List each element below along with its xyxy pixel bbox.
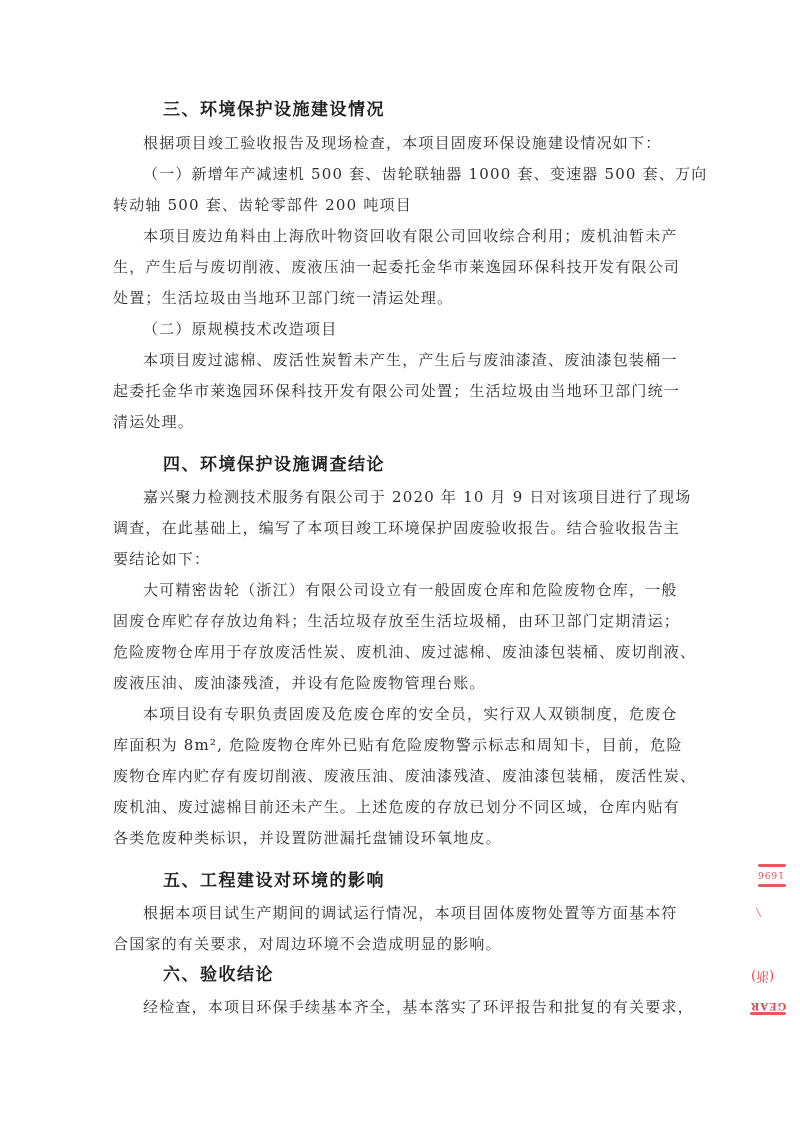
seal-stroke bbox=[758, 864, 786, 867]
text-line: 库面积为 8m², 危险废物仓库外已贴有危险废物警示标志和周知卡，目前，危险 bbox=[113, 730, 693, 761]
text-line: 废液压油、废油漆残渣，并设有危险废物管理台账。 bbox=[113, 668, 693, 699]
text-line: 废机油、废过滤棉目前还未产生。上述危废的存放已划分不同区域，仓库内贴有 bbox=[113, 792, 693, 823]
text-line: 危险废物仓库用于存放废活性炭、废机油、废过滤棉、废油漆包装桶、废切削液、 bbox=[113, 637, 693, 668]
text-line: 清运处理。 bbox=[113, 407, 693, 438]
text-line: 嘉兴聚力检测技术服务有限公司于 2020 年 10 月 9 日对该项目进行了现场 bbox=[113, 482, 693, 513]
section-3-body: 根据项目竣工验收报告及现场检查，本项目固废环保设施建设情况如下： （一）新增年产… bbox=[113, 128, 693, 438]
text-line: 调查，在此基础上，编写了本项目竣工环境保护固废验收报告。结合验收报告主 bbox=[113, 513, 693, 544]
text-line: 各类危废种类标识，并设置防泄漏托盘铺设环氧地皮。 bbox=[113, 823, 693, 854]
text-line: 本项目废过滤棉、废活性炭暂未产生，产生后与废油漆渣、废油漆包装桶一 bbox=[113, 345, 693, 376]
seal-top-text: 1696 bbox=[757, 869, 784, 879]
text-line: 处置；生活垃圾由当地环卫部门统一清运处理。 bbox=[113, 283, 693, 314]
section-5-body: 根据本项目试生产期间的调试运行情况，本项目固体废物处置等方面基本符 合国家的有关… bbox=[113, 898, 693, 960]
seal-chars: (浙) bbox=[751, 968, 774, 987]
seal-stroke bbox=[750, 1012, 786, 1015]
section-heading-4: 四、环境保护设施调查结论 bbox=[163, 450, 385, 475]
text-line: 根据本项目试生产期间的调试运行情况，本项目固体废物处置等方面基本符 bbox=[113, 898, 693, 929]
text-line: 起委托金华市莱逸园环保科技开发有限公司处置；生活垃圾由当地环卫部门统一 bbox=[113, 376, 693, 407]
text-line: 合国家的有关要求，对周边环境不会造成明显的影响。 bbox=[113, 929, 693, 960]
text-line: （二）原规模技术改造项目 bbox=[113, 314, 693, 345]
seal-bottom-text: GEAR bbox=[750, 1000, 786, 1011]
seal-stroke bbox=[758, 884, 786, 887]
text-line: 要结论如下： bbox=[113, 544, 693, 575]
section-4-body: 嘉兴聚力检测技术服务有限公司于 2020 年 10 月 9 日对该项目进行了现场… bbox=[113, 482, 693, 854]
text-line: 根据项目竣工验收报告及现场检查，本项目固废环保设施建设情况如下： bbox=[113, 128, 693, 159]
text-line: 大可精密齿轮（浙江）有限公司设立有一般固废仓库和危险废物仓库，一般 bbox=[113, 575, 693, 606]
text-line: 固废仓库贮存存放边角料；生活垃圾存放至生活垃圾桶，由环卫部门定期清运； bbox=[113, 606, 693, 637]
section-6-body: 经检查，本项目环保手续基本齐全，基本落实了环评报告和批复的有关要求， bbox=[113, 992, 693, 1023]
text-line: 本项目废边角料由上海欣叶物资回收有限公司回收综合利用；废机油暂未产 bbox=[113, 221, 693, 252]
text-line: 本项目设有专职负责固废及危废仓库的安全员，实行双人双锁制度，危废仓 bbox=[113, 699, 693, 730]
text-line: 废物仓库内贮存有废切削液、废液压油、废油漆残渣、废油漆包装桶，废活性炭、 bbox=[113, 761, 693, 792]
section-heading-5: 五、工程建设对环境的影响 bbox=[163, 866, 385, 891]
document-page: 三、环境保护设施建设情况 根据项目竣工验收报告及现场检查，本项目固废环保设施建设… bbox=[0, 0, 800, 1131]
text-line: 转动轴 500 套、齿轮零部件 200 吨项目 bbox=[113, 190, 693, 221]
text-line: 生，产生后与废切削液、废液压油一起委托金华市莱逸园环保科技开发有限公司 bbox=[113, 252, 693, 283]
section-heading-3: 三、环境保护设施建设情况 bbox=[163, 95, 385, 120]
text-line: （一）新增年产减速机 500 套、齿轮联轴器 1000 套、变速器 500 套、… bbox=[113, 159, 693, 190]
seal-mark: ╲ bbox=[756, 908, 761, 917]
text-line: 经检查，本项目环保手续基本齐全，基本落实了环评报告和批复的有关要求， bbox=[113, 992, 693, 1023]
section-heading-6: 六、验收结论 bbox=[163, 960, 274, 985]
